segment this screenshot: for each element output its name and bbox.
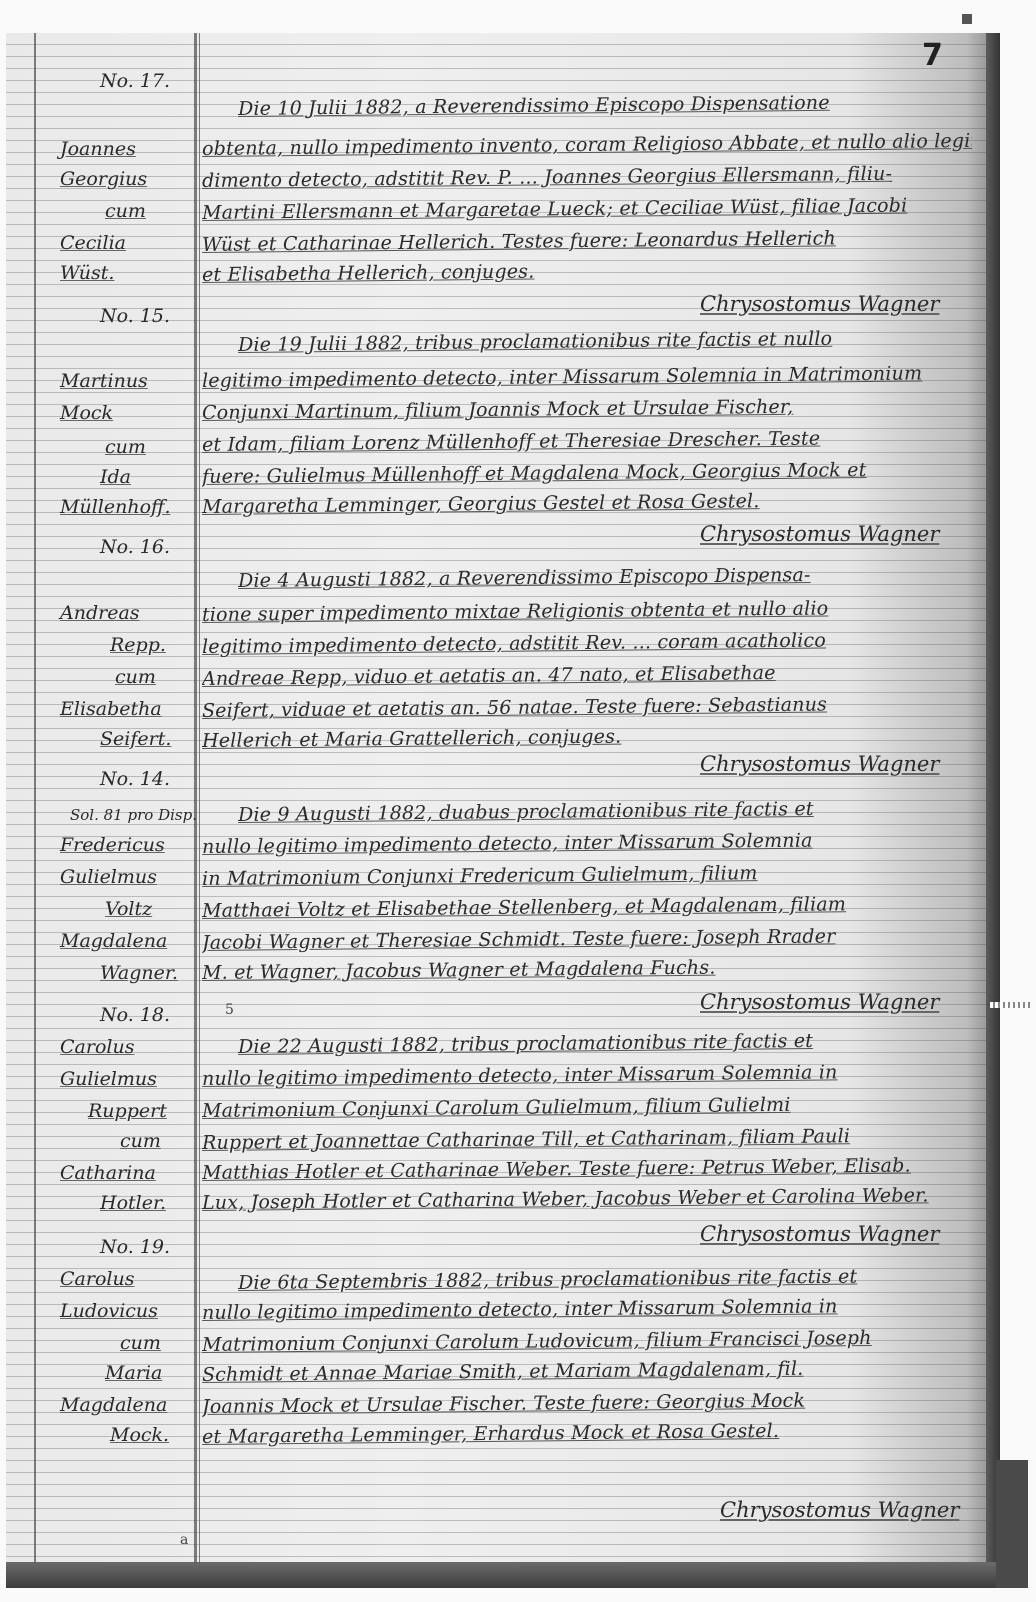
margin-name: Cecilia bbox=[60, 232, 195, 254]
margin-name: Müllenhoff. bbox=[60, 496, 195, 518]
priest-signature: Chrysostomus Wagner bbox=[700, 752, 939, 776]
page-number: 7 bbox=[922, 38, 943, 73]
margin-note: Sol. 81 pro Disp. bbox=[70, 806, 197, 824]
priest-signature: Chrysostomus Wagner bbox=[700, 522, 939, 546]
margin-name: Georgius bbox=[60, 168, 195, 190]
margin-name: Elisabetha bbox=[60, 698, 195, 720]
priest-signature: Chrysostomus Wagner bbox=[720, 1498, 959, 1522]
margin-name: Joannes bbox=[60, 138, 195, 160]
margin-name: Gulielmus bbox=[60, 866, 195, 888]
priest-signature: Chrysostomus Wagner bbox=[700, 990, 939, 1014]
page-corner-shadow bbox=[996, 1460, 1028, 1588]
page-tear-mark bbox=[990, 1002, 1030, 1008]
priest-signature: Chrysostomus Wagner bbox=[700, 292, 939, 316]
priest-signature: Chrysostomus Wagner bbox=[700, 1222, 939, 1246]
margin-name: Carolus bbox=[60, 1268, 195, 1290]
margin-name: Carolus bbox=[60, 1036, 195, 1058]
margin-name: Ludovicus bbox=[60, 1300, 195, 1322]
entry-number: No. 16. bbox=[100, 536, 170, 558]
margin-name: Wüst. bbox=[60, 262, 195, 284]
margin-name: Magdalena bbox=[60, 930, 195, 952]
margin-name: Martinus bbox=[60, 370, 195, 392]
margin-name: Mock bbox=[60, 402, 195, 424]
stray-mark: 5 bbox=[225, 1002, 234, 1018]
margin-name: Andreas bbox=[60, 602, 195, 624]
page-bottom-edge-shadow bbox=[6, 1562, 1028, 1588]
margin-name: Gulielmus bbox=[60, 1068, 195, 1090]
margin-name: Magdalena bbox=[60, 1394, 195, 1416]
margin-name: Fredericus bbox=[60, 834, 195, 856]
entry-number: No. 17. bbox=[100, 70, 170, 92]
margin-name: Catharina bbox=[60, 1162, 195, 1184]
left-margin-rule bbox=[34, 33, 36, 1563]
stray-mark: a bbox=[180, 1532, 188, 1548]
entry-number: No. 18. bbox=[100, 1004, 170, 1026]
scan-corner-mark bbox=[962, 14, 972, 24]
entry-number: No. 14. bbox=[100, 768, 170, 790]
entry-number: No. 19. bbox=[100, 1236, 170, 1258]
entry-number: No. 15. bbox=[100, 305, 170, 327]
